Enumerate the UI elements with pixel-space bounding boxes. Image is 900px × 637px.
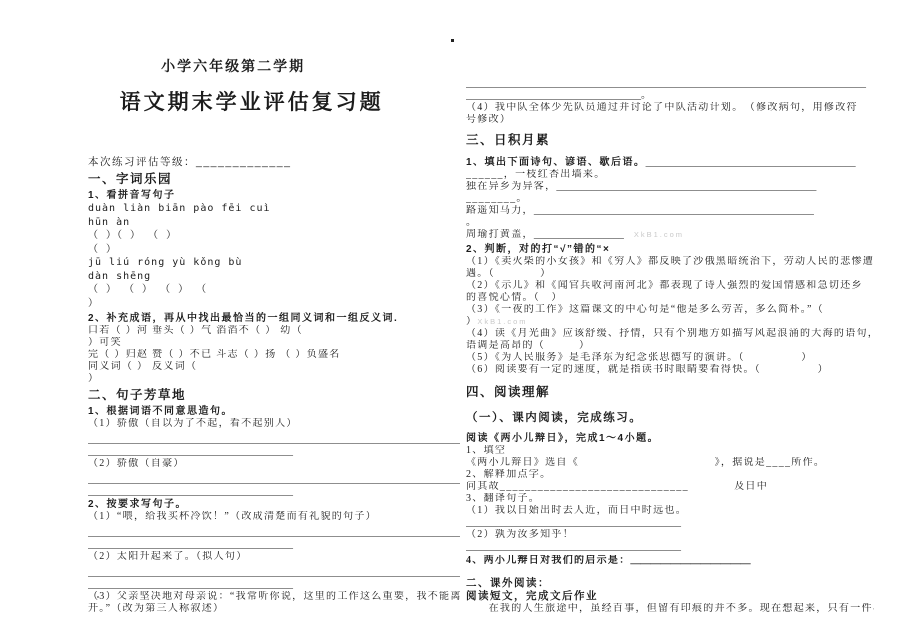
answer-blank-line: ________________________________________… (466, 541, 874, 553)
question-line: 号修改） (466, 114, 874, 126)
judge-line: （2）《示儿》和《闻官兵收河南河北》都表现了诗人强烈的爱国情感和急切还乡 (466, 280, 874, 292)
blank-segment: ＿＿＿＿＿＿＿＿＿＿＿＿ (631, 555, 751, 566)
judge-line: （6）阅读要有一定的速度，就是指读书时眼睛要看得快。（ ） (466, 364, 874, 376)
pinyin-line: hūn àn (88, 216, 460, 230)
judge-line: 语调是高昂的（ ） (466, 340, 874, 352)
answer-blank-line: ________________________________________… (88, 434, 460, 446)
question-1-title: 1、看拼音写句子 (88, 189, 460, 202)
subsection-heading: （一）、课内阅读，完成练习。 (466, 410, 874, 426)
period-mark: 。 (641, 90, 652, 101)
left-column: 小学六年级第二学期 语文期末学业评估复习题 本次练习评估等级：_________… (88, 58, 460, 615)
pinyin-line: duàn liàn biān pào fēi cuì (88, 202, 460, 216)
question-line: （2）骄傲（自豪） (88, 458, 460, 470)
judge-line: （1）《卖火柴的小女孩》和《穷人》都反映了沙俄黑暗统治下，劳动人民的悲惨遭 (466, 256, 874, 268)
section-3-heading: 三、日积月累 (466, 132, 874, 148)
question-line: （1）“喂，给我买杯冷饮！”（改成清楚而有礼貌的句子） (88, 511, 460, 523)
right-column: ________________________________________… (466, 58, 874, 615)
judge-line: （4）读《月光曲》应该舒缓、抒情，只有个别地方如描写风起浪涌的大海的语句， (466, 328, 874, 340)
answer-blank-line: ________________________________________… (466, 78, 874, 90)
question-2-title: 2、补充成语，再从中找出最恰当的一组同义词和一组反义词. (88, 312, 460, 325)
question-text: 4、两小儿辩日对我们的启示是： (466, 555, 631, 566)
page-title: 语文期末学业评估复习题 (88, 90, 415, 116)
answer-brackets-line: （ ）（ ） （ ） (88, 229, 460, 243)
verse-line: 路遥知马力，__________________________________… (466, 205, 874, 217)
verse-text: 独在异乡为异客， (466, 181, 556, 192)
judge-line: 遇。（ ） (466, 268, 874, 280)
question-line: （2）太阳升起来了。（拟人句） (88, 551, 460, 563)
question-4-title: 2、按要求写句子。 (88, 498, 460, 511)
reading-question: （2）孰为汝多知乎！ (466, 529, 874, 541)
section-1-heading: 一、字词乐园 (88, 171, 460, 187)
blank-segment: __________________ (534, 229, 634, 240)
answer-brackets-line: （ ） （ ） （ ） （ (88, 283, 460, 297)
idiom-line: ） (88, 373, 460, 385)
reading-question: （1）我以日始出时去人近，而日中时远也。 (466, 505, 874, 517)
blank-segment: ________________________________________… (534, 205, 814, 216)
fill-in-title-line: 1、填出下面诗句、谚语、歇后语。________________________… (466, 156, 874, 169)
reading-question: 1、填空 (466, 445, 874, 457)
idiom-line: 完（ ）归赵 赞（ ）不已 斗志（ ）扬 （ ）负盛名 (88, 349, 460, 361)
fill-in-title: 1、填出下面诗句、谚语、歇后语。 (466, 157, 646, 168)
section-4-heading: 四、阅读理解 (466, 384, 874, 400)
section-5-subheading: 阅读短文，完成文后作业 (466, 590, 874, 603)
answer-brackets-line: （ ） (88, 243, 460, 257)
reading-question: 问其故______________________________ 及日中 (466, 481, 874, 493)
blank-segment: ___________________________________ (466, 90, 641, 101)
answer-brackets-line: ） (88, 297, 460, 311)
answer-blank-line: ________________________________________… (88, 527, 460, 539)
question-3-title: 1、根据词语不同意思造句。 (88, 405, 460, 418)
question-line: （3）父亲坚决地对母亲说：“我常听你说，这里的工作这么重要，我不能离 (88, 591, 460, 603)
judge-line: 的喜悦心情。（ ） (466, 292, 874, 304)
judge-text: ） (466, 316, 477, 327)
question-line: 开。”（改为第三人称叙述） (88, 603, 460, 615)
verse-line: 。 (466, 217, 874, 229)
question-line: （4）我中队全体少先队员通过并讨论了中队活动计划。 （修改病句，用修改符 (466, 102, 874, 114)
idiom-line: 口若（ ）河 垂头（ ）气 滔滔不（ ） 幼（ (88, 325, 460, 337)
answer-blank-line: ________________________________________… (88, 474, 460, 486)
blank-segment: ________________________________________… (556, 181, 816, 192)
judge-line: （5）《为人民服务》是毛泽东为纪念张思德写的演讲。（ ） (466, 352, 874, 364)
answer-blank-line: ________________________________________… (88, 446, 460, 458)
site-watermark: XkB1.com (634, 230, 684, 239)
verse-line: ______，一枝红杏出墙来。 (466, 169, 874, 181)
reading-question: 《两小儿辩日》选自《 》，据说是____所作。 (466, 457, 874, 469)
answer-blank-line: ___________________________________。 (466, 90, 874, 102)
judge-line: ）XkB1.com (466, 316, 874, 328)
verse-text: 周瑜打黄盖， (466, 229, 534, 240)
passage-line: 在我的人生旅途中，虽经百事，但留有印痕的并不多。现在想起来，只有一件小 (466, 603, 874, 615)
idiom-line: 同义词（ ） 反义词（ (88, 361, 460, 373)
document-page: 小学六年级第二学期 语文期末学业评估复习题 本次练习评估等级：_________… (0, 0, 900, 637)
reading-question: 2、解释加点字。 (466, 469, 874, 481)
pinyin-line: jū liú róng yù kǒng bù (88, 256, 460, 270)
grade-line: 本次练习评估等级：_____________ (88, 156, 460, 168)
reading-question: 4、两小儿辩日对我们的启示是：＿＿＿＿＿＿＿＿＿＿＿＿ (466, 555, 874, 567)
answer-blank-line: ________________________________________… (88, 486, 460, 498)
stray-ink-mark-top (451, 39, 454, 42)
idiom-line: ）可笑 (88, 337, 460, 349)
judge-line: （3）《一夜的工作》这篇课文的中心句是“他是多么劳苦，多么简朴。”（ (466, 304, 874, 316)
blank-segment: ________________________________________… (646, 157, 856, 168)
pinyin-line: dàn shēng (88, 270, 460, 284)
judge-title: 2、判断，对的打“√”错的“× (466, 243, 874, 256)
verse-text: 路遥知马力， (466, 205, 534, 216)
reading-question: 3、翻译句子。 (466, 493, 874, 505)
school-term-heading: 小学六年级第二学期 (88, 58, 378, 78)
answer-blank-line: ________________________________________… (466, 517, 874, 529)
answer-blank-line: ________________________________________… (88, 567, 460, 579)
reading-title: 阅读《两小儿辩日》，完成1～4小题。 (466, 432, 874, 445)
section-2-heading: 二、句子芳草地 (88, 387, 460, 403)
answer-blank-line: ________________________________________… (88, 579, 460, 591)
section-5-heading: 二、课外阅读： (466, 577, 874, 590)
verse-line: 周瑜打黄盖，__________________ XkB1.com (466, 229, 874, 241)
verse-line: 独在异乡为异客，________________________________… (466, 181, 874, 193)
site-watermark: XkB1.com (477, 317, 527, 326)
answer-blank-line: ________________________________________… (88, 539, 460, 551)
verse-line: ________。 (466, 193, 874, 205)
question-line: （1）骄傲（自以为了不起，看不起别人） (88, 418, 460, 430)
